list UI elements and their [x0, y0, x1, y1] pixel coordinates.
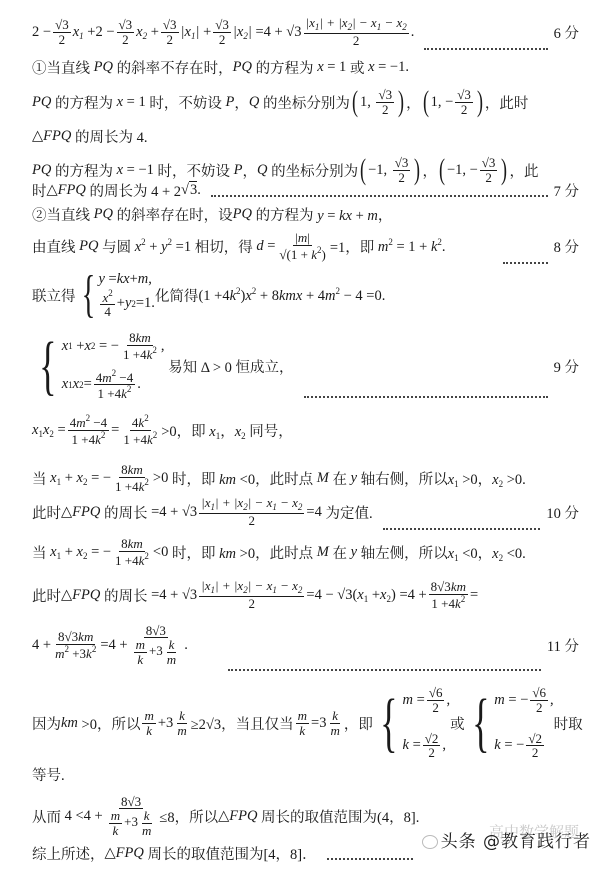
text-line-10: { x1 + x2 = −8km1 +4k2, x1x2 =4m2 −41 +4…: [32, 330, 579, 402]
fraction: √32: [117, 18, 135, 46]
score-label: 9 分: [554, 356, 579, 377]
text-line-6: 时 △FPQ 的周长为 4 + 2 √3. 7 分: [32, 179, 579, 201]
dot-leader: [503, 261, 548, 264]
text-line-11: x1x2 = 4m2 −41 +4k2= 4k21 +4k2 >0， 即 x1，…: [32, 408, 579, 452]
text-line-9: 联立得 { y = kx + m, x24+ y2 =1. 化简得 (1 +4k…: [32, 270, 579, 320]
dot-leader: [424, 47, 547, 50]
text-line-20: 综上所述， △FPQ 周长的取值范围为 [4，8]．: [32, 842, 419, 864]
text-line-13: 此时 △FPQ 的周长 =4 + √3 |x1| + |x2| − x1 − x…: [32, 490, 579, 534]
text-line-17: 因为 km >0， 所以 mk+3km≥2√3， 当且仅当 mk=3km， 即 …: [32, 683, 579, 763]
score-label: 7 分: [554, 180, 579, 201]
fraction: √32: [161, 18, 179, 46]
text-line-4: △FPQ 的周长为 4.: [32, 125, 579, 147]
text-line-2: ①当直线 PQ 的斜率不存在时， PQ 的方程为 x = 1 或 x = −1.: [32, 56, 579, 78]
fraction: √32: [53, 18, 71, 46]
dot-leader: [327, 857, 413, 860]
left-brace: {: [39, 333, 56, 399]
watermark: 头条 @教育践行者: [422, 827, 591, 852]
text-line-18: 等号.: [32, 763, 579, 785]
dot-leader: [211, 194, 548, 197]
dot-leader: [304, 395, 548, 398]
equation-line-1: 2 − √32 x1 +2 − √32 x2 + √32 |x1| + √32 …: [32, 10, 579, 54]
text-line-8: 由直线 PQ 与圆 x2 + y2 =1 相切，得 d = |m|√(1 + k…: [32, 224, 579, 268]
score-label: 8 分: [554, 236, 579, 257]
text-line-15: 此时 △FPQ 的周长 =4 + √3 |x1| + |x2| − x1 − x…: [32, 573, 579, 617]
fraction: |x1| + |x2| − x1 − x22: [304, 16, 409, 47]
text-line-3: PQ 的方程为 x = 1 时，不妨设 P，Q 的坐标分别为 (1, √32)，…: [32, 80, 579, 124]
text-line-16: 4 + 8√3kmm2 +3k2 =4 + 8√3mk+3km. 11 分: [32, 615, 579, 675]
text-line-14: 当 x1 + x2 = − 8km1 +4k2 <0 时，即 km >0， 此时…: [32, 530, 579, 574]
score-label: 6 分: [554, 22, 579, 43]
text-line-7: ②当直线 PQ 的斜率存在时，设 PQ 的方程为 y = kx + m，: [32, 203, 579, 225]
chat-bubble-icon: [422, 835, 438, 849]
dot-leader: [228, 668, 541, 671]
fraction: √32: [213, 18, 231, 46]
score-label: 11 分: [547, 635, 579, 656]
score-label: 10 分: [546, 502, 579, 523]
left-brace: {: [81, 269, 95, 321]
